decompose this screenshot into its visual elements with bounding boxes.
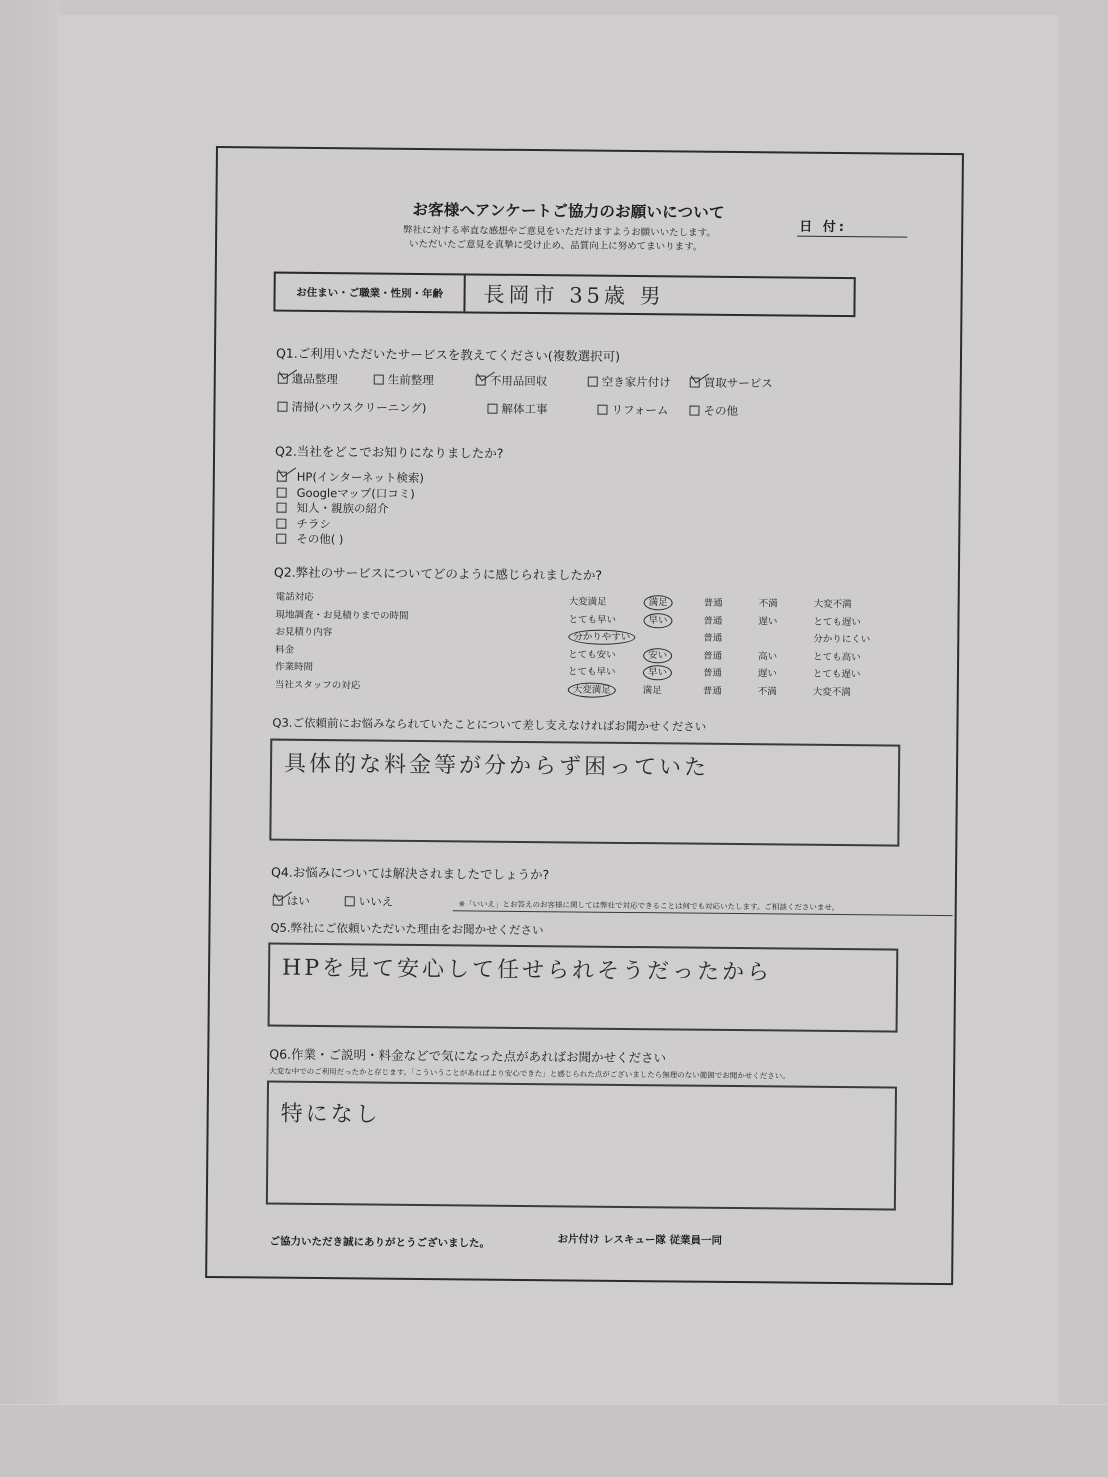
- checkbox-icon[interactable]: [689, 406, 699, 416]
- rating-choice[interactable]: とても高い: [813, 648, 861, 662]
- profile-field[interactable]: 長岡市 35歳 男: [465, 275, 853, 315]
- checkbox-icon[interactable]: [273, 896, 283, 906]
- rating-choice[interactable]: 普通: [703, 647, 722, 661]
- q1-option-label: リフォーム: [611, 402, 668, 419]
- rating-choice-label: 安い: [643, 648, 672, 663]
- rating-choice[interactable]: 遅い: [758, 665, 777, 679]
- q6-question: Q6.作業・ご説明・料金などで気になった点があればお聞かせください: [269, 1045, 666, 1067]
- q1-option[interactable]: その他: [689, 403, 738, 419]
- rating-choice[interactable]: 普通: [704, 595, 723, 609]
- q5-answer-box[interactable]: HPを見て安心して任せられそうだったから: [268, 943, 899, 1033]
- rating-choice-label: 大変満足: [568, 682, 616, 697]
- q1-question: Q1.ご利用いただいたサービスを教えてください(複数選択可): [276, 344, 620, 365]
- rating-choice-label: とても安い: [568, 649, 616, 660]
- rating-choice[interactable]: とても遅い: [813, 666, 861, 680]
- rating-choice[interactable]: とても遅い: [813, 613, 861, 627]
- checkbox-icon[interactable]: [597, 405, 607, 415]
- rating-choice[interactable]: 普通: [703, 630, 722, 644]
- rating-choice-label: とても早い: [568, 614, 616, 625]
- rating-choice[interactable]: 大変不満: [813, 683, 851, 697]
- q4-option[interactable]: いいえ: [345, 893, 394, 909]
- checkbox-icon[interactable]: [277, 402, 287, 412]
- q1-option-label: その他: [703, 403, 738, 419]
- footer-organization: お片付け レスキュー隊 従業員一同: [557, 1231, 722, 1248]
- intro-line-2: いただいたご意見を真摯に受け止め、品質向上に努めてまいります。: [409, 238, 702, 254]
- q2-source-option-label: その他( ): [296, 531, 343, 547]
- checkbox-icon[interactable]: [276, 534, 286, 544]
- rating-choice[interactable]: とても早い: [568, 611, 616, 625]
- q3-question: Q3.ご依頼前にお悩みなられていたことについて差し支えなければお聞かせください: [272, 715, 706, 735]
- q3-answer-text: 具体的な料金等が分からず困っていた: [284, 747, 709, 782]
- form-title: お客様へアンケートご協力のお願いについて: [412, 198, 724, 223]
- rating-choice-label: 遅い: [758, 616, 777, 627]
- rating-row-label: 作業時間: [275, 659, 313, 673]
- rating-choice-label: とても遅い: [813, 616, 861, 627]
- q6-answer-text: 特になし: [281, 1097, 381, 1129]
- q2-source-option-label: HP(インターネット検索): [297, 469, 424, 486]
- date-field[interactable]: [797, 236, 907, 238]
- checkbox-icon[interactable]: [476, 376, 486, 386]
- rating-choice-label: とても高い: [813, 651, 861, 662]
- q5-question: Q5.弊社にご依頼いただいた理由をお聞かせください: [270, 920, 543, 939]
- rating-choice[interactable]: 大変満足: [568, 681, 616, 695]
- background-surface: [0, 0, 60, 1477]
- rating-choice-label: とても早い: [568, 666, 616, 677]
- rating-choice-label: 普通: [703, 615, 722, 626]
- q6-subtext: 大変な中でのご利用だったかと存じます。「こういうことがあればより安心できた」と感…: [269, 1066, 790, 1082]
- rating-choice[interactable]: 普通: [703, 612, 722, 626]
- rating-choice-label: 早い: [643, 665, 672, 680]
- checkbox-icon[interactable]: [690, 378, 700, 388]
- q6-answer-box[interactable]: 特になし: [266, 1081, 897, 1211]
- q1-option[interactable]: 空き家片付け: [588, 374, 671, 391]
- checkbox-icon[interactable]: [276, 503, 286, 513]
- paper-fold-shadow: [0, 1404, 1108, 1477]
- profile-label: お住まい・ご職業・性別・年齢: [275, 274, 465, 312]
- q1-option-label: 生前整理: [388, 372, 434, 388]
- q1-option-label: 清掃(ハウスクリーニング): [291, 399, 426, 416]
- rating-choice[interactable]: 安い: [643, 647, 672, 661]
- rating-choice[interactable]: 大変満足: [569, 593, 607, 607]
- rating-choice[interactable]: 満足: [644, 594, 673, 608]
- rating-choice-label: 満足: [643, 685, 662, 696]
- rating-choice[interactable]: 遅い: [758, 613, 777, 627]
- rating-choice-label: 普通: [703, 650, 722, 661]
- rating-choice-label: 普通: [703, 633, 722, 644]
- rating-choice-label: 大変不満: [813, 686, 851, 697]
- rating-choice[interactable]: 不満: [758, 683, 777, 697]
- rating-choice-label: とても遅い: [813, 669, 861, 680]
- q1-option[interactable]: 買取サービス: [690, 375, 773, 392]
- q4-option-label: いいえ: [359, 893, 394, 909]
- checkbox-icon[interactable]: [345, 896, 355, 906]
- rating-choice-label: 高い: [758, 651, 777, 662]
- rating-choice[interactable]: 普通: [703, 665, 722, 679]
- rating-row-label: お見積り内容: [275, 624, 332, 639]
- rating-choice[interactable]: 早い: [643, 664, 672, 678]
- q1-option[interactable]: 生前整理: [374, 372, 434, 389]
- rating-choice-label: 普通: [704, 598, 723, 609]
- checkbox-icon[interactable]: [277, 472, 287, 482]
- q1-option[interactable]: 遺品整理: [278, 371, 338, 388]
- q2-source-option-label: Googleマップ(口コミ): [297, 484, 415, 501]
- rating-choice-label: 大変満足: [569, 596, 607, 607]
- rating-choice-label: 分かりにくい: [813, 634, 870, 646]
- q1-option-label: 解体工事: [501, 401, 547, 417]
- rating-choice[interactable]: 不満: [759, 595, 778, 609]
- rating-choice-label: 早い: [643, 613, 672, 628]
- checkbox-icon[interactable]: [276, 518, 286, 528]
- q5-answer-text: HPを見て安心して任せられそうだったから: [282, 951, 772, 987]
- checkbox-icon[interactable]: [588, 377, 598, 387]
- q2-rating-question: Q2.弊社のサービスについてどのように感じられましたか?: [274, 563, 602, 584]
- q2-source-option-label: 知人・親族の紹介: [296, 500, 388, 517]
- q1-option[interactable]: 解体工事: [487, 401, 547, 418]
- q4-option[interactable]: はい: [273, 893, 310, 909]
- rating-choice-label: 大変不満: [814, 599, 852, 610]
- rating-choice[interactable]: とても早い: [568, 663, 616, 677]
- q1-option-label: 買取サービス: [704, 375, 773, 392]
- checkbox-icon[interactable]: [277, 487, 287, 497]
- rating-row-label: 現地調査・お見積りまでの時間: [275, 606, 408, 621]
- checkbox-icon[interactable]: [374, 375, 384, 385]
- rating-choice-label: 普通: [703, 685, 722, 696]
- q1-option-label: 空き家片付け: [602, 374, 671, 391]
- survey-form: お客様へアンケートご協力のお願いについて 弊社に対する率直な感想やご意見をいただ…: [205, 146, 964, 1285]
- rating-choice[interactable]: 高い: [758, 648, 777, 662]
- rating-choice[interactable]: 大変不満: [814, 596, 852, 610]
- q1-option-label: 遺品整理: [292, 371, 338, 387]
- rating-choice[interactable]: とても安い: [568, 646, 616, 660]
- rating-row-label: 当社スタッフの対応: [275, 676, 361, 691]
- rating-choice[interactable]: 満足: [643, 682, 662, 696]
- footer-thanks: ご協力いただき誠にありがとうございました。: [269, 1234, 490, 1251]
- q3-answer-box[interactable]: 具体的な料金等が分からず困っていた: [269, 739, 900, 847]
- checkbox-icon[interactable]: [278, 374, 288, 384]
- rating-choice[interactable]: 分かりにくい: [813, 631, 870, 646]
- rating-choice[interactable]: 早い: [643, 612, 672, 626]
- q2-source-option[interactable]: チラシ: [276, 515, 331, 532]
- q2-source-option[interactable]: その他( ): [276, 531, 343, 548]
- profile-row: お住まい・ご職業・性別・年齢 長岡市 35歳 男: [273, 272, 855, 318]
- rating-choice[interactable]: 普通: [703, 682, 722, 696]
- rating-row-label: 電話対応: [276, 589, 314, 603]
- rating-choice-label: 不満: [759, 598, 778, 609]
- rating-choice-label: 不満: [758, 686, 777, 697]
- q1-option[interactable]: 清掃(ハウスクリーニング): [277, 399, 426, 416]
- q4-option-label: はい: [287, 893, 310, 909]
- checkbox-icon[interactable]: [487, 404, 497, 414]
- q2-source-option[interactable]: 知人・親族の紹介: [276, 500, 388, 517]
- rating-choice[interactable]: 分かりやすい: [568, 628, 635, 643]
- rating-choice-label: 遅い: [758, 668, 777, 679]
- q1-option[interactable]: リフォーム: [597, 402, 668, 419]
- q2-source-option-label: チラシ: [296, 515, 331, 531]
- rating-choice-label: 分かりやすい: [568, 629, 635, 645]
- rating-choice-label: 満足: [644, 595, 673, 610]
- rating-row-label: 料金: [275, 641, 294, 655]
- rating-choice-label: 普通: [703, 668, 722, 679]
- date-label: 日 付:: [799, 216, 847, 235]
- q4-question: Q4.お悩みについては解決されましたでしょうか?: [271, 863, 549, 884]
- q1-option[interactable]: 不用品回収: [476, 373, 548, 390]
- q1-option-label: 不用品回収: [490, 373, 548, 390]
- q2-source-question: Q2.当社をどこでお知りになりましたか?: [275, 442, 504, 462]
